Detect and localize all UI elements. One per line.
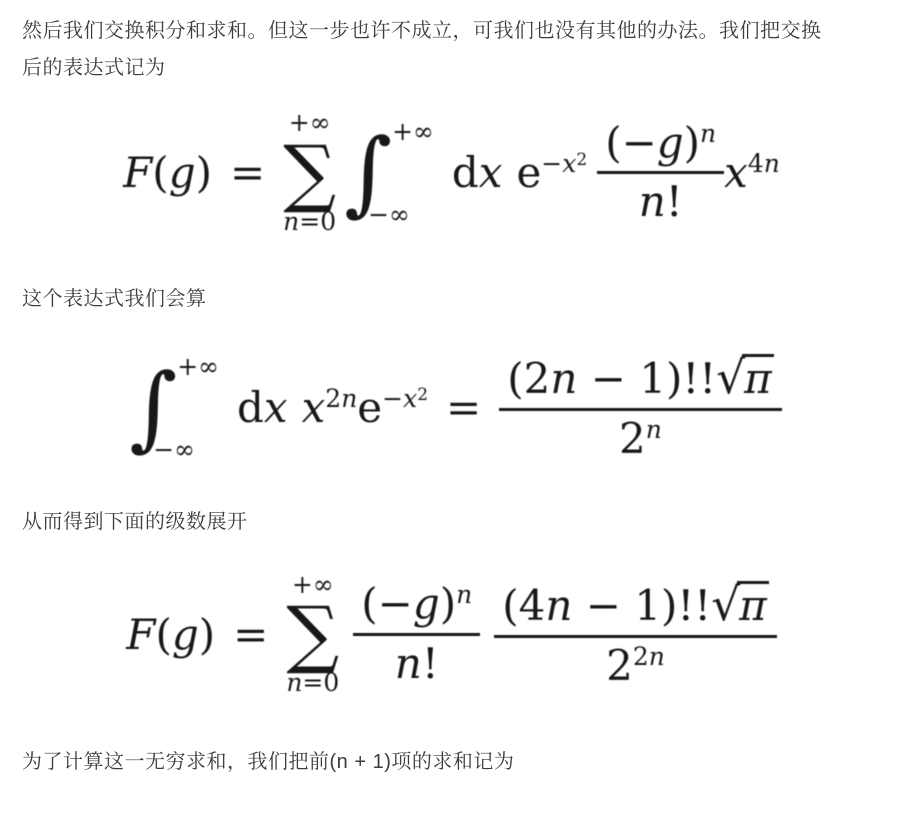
integral-lower-limit: −∞ — [153, 435, 219, 464]
math-token: (− — [361, 579, 413, 628]
math-token: 2 — [606, 641, 633, 690]
math-token: n — [545, 581, 572, 630]
fraction: (2n − 1)!!√π 2n — [499, 352, 781, 463]
exponent: n — [456, 580, 472, 609]
math-token: x — [479, 148, 503, 197]
exponent: 2n — [633, 642, 665, 671]
math-token: g — [413, 579, 440, 628]
fraction-numerator: (−g)n — [353, 580, 480, 632]
formula-interchanged-sum: F(g) = +∞ ∑ n=0 ∫ +∞ −∞ dx e−x2 (−g)n n!… — [0, 109, 903, 237]
integrand: x2ne−x2 — [302, 383, 428, 432]
integral-operator: ∫ +∞ −∞ — [129, 352, 219, 464]
fraction-denominator: 22n — [494, 635, 776, 690]
fraction-numerator: (−g)n — [597, 119, 724, 171]
math-token: (4 — [502, 581, 545, 630]
math-token: n — [649, 642, 665, 671]
differential: dx — [452, 148, 503, 197]
math-token: =0 — [299, 207, 336, 236]
fraction-denominator: n! — [353, 633, 480, 688]
fraction: (−g)n n! — [597, 119, 724, 227]
math-lhs: F(g) — [126, 610, 215, 659]
radical-sign: √ — [716, 352, 745, 404]
radicand: π — [737, 581, 769, 628]
paragraph-intro-line1: 然后我们交换积分和求和。但这一步也许不成立，可我们也没有其他的办法。我们把交换 — [22, 13, 881, 50]
math-token: ) — [199, 610, 215, 659]
math-token: d — [452, 148, 479, 197]
math-token: − — [541, 149, 562, 178]
math-token: x — [562, 149, 576, 178]
equals-sign: = — [446, 383, 481, 432]
math-token: π — [744, 354, 772, 403]
math-token: (− — [605, 118, 657, 167]
fraction: (−g)n n! — [353, 580, 480, 688]
exponent: 2n — [325, 384, 357, 413]
math-token: F — [126, 610, 155, 659]
math-token: 2 — [417, 385, 428, 405]
math-token: n — [550, 354, 577, 403]
math-token: 2 — [576, 150, 587, 170]
exponent: n — [700, 119, 716, 148]
fraction-denominator: n! — [597, 171, 724, 226]
math-token: x — [302, 383, 326, 432]
math-token: g — [169, 148, 196, 197]
exponent: −x2 — [541, 149, 587, 178]
power-term: x4n — [724, 148, 780, 197]
math-token: =0 — [302, 668, 339, 697]
math-token: ( — [155, 610, 171, 659]
math-token: π — [739, 581, 767, 630]
fraction-denominator: 2n — [499, 408, 781, 463]
math-token: n — [286, 668, 302, 697]
math-token: g — [657, 118, 684, 167]
integral-limits: +∞ −∞ — [392, 117, 434, 229]
math-token: ! — [422, 639, 439, 688]
sum-operator: +∞ ∑ n=0 — [286, 571, 339, 699]
math-lhs: F(g) — [123, 148, 212, 197]
formula-gaussian-integral: ∫ +∞ −∞ dx x2ne−x2 = (2n − 1)!!√π 2n — [0, 352, 903, 464]
equals-sign: = — [230, 148, 265, 197]
math-token: x — [724, 148, 748, 197]
fraction-numerator: (4n − 1)!!√π — [494, 579, 776, 635]
math-token: F — [123, 148, 152, 197]
integral-upper-limit: +∞ — [177, 352, 219, 381]
math-token: ( — [152, 148, 168, 197]
gaussian-factor: e−x2 — [516, 148, 587, 197]
math-token: x — [403, 384, 417, 413]
math-token: n — [395, 639, 422, 688]
math-token: g — [172, 610, 199, 659]
sum-symbol: ∑ — [283, 138, 336, 208]
integral-limits: +∞ −∞ — [177, 352, 219, 464]
paragraph-partial-sum: 为了计算这一无穷求和，我们把前(n + 1)项的求和记为 — [0, 744, 903, 781]
sqrt-radical: √π — [716, 352, 774, 404]
exponent: −x2 — [382, 384, 428, 413]
math-token: 2 — [325, 384, 341, 413]
math-token: ) — [684, 118, 700, 167]
math-token: n — [283, 207, 299, 236]
integral-operator: ∫ +∞ −∞ — [344, 117, 434, 229]
math-token: ! — [666, 177, 683, 226]
math-token: e — [357, 383, 382, 432]
sum-lower-limit: n=0 — [286, 669, 339, 698]
sum-lower-limit: n=0 — [283, 208, 336, 237]
math-token: − 1)!! — [577, 354, 716, 403]
exponent: 4n — [748, 149, 780, 178]
equals-sign: = — [233, 610, 268, 659]
integral-upper-limit: +∞ — [392, 117, 434, 146]
sqrt-radical: √π — [711, 579, 769, 631]
math-token: ) — [440, 579, 456, 628]
radical-sign: √ — [711, 579, 740, 631]
integral-lower-limit: −∞ — [368, 200, 434, 229]
math-token: n — [764, 149, 780, 178]
fraction-numerator: (2n − 1)!!√π — [499, 352, 781, 408]
math-token: − — [382, 384, 403, 413]
differential: dx — [237, 383, 288, 432]
math-token: x — [264, 383, 288, 432]
math-token: − 1)!! — [572, 581, 711, 630]
fraction: (4n − 1)!!√π 22n — [494, 579, 776, 690]
paragraph-series: 从而得到下面的级数展开 — [0, 504, 903, 541]
sum-symbol: ∑ — [286, 599, 339, 669]
math-token: 4 — [748, 149, 764, 178]
sum-operator: +∞ ∑ n=0 — [283, 109, 336, 237]
math-token: e — [516, 148, 541, 197]
formula-series-expansion: F(g) = +∞ ∑ n=0 (−g)n n! (4n − 1)!!√π 22… — [0, 571, 903, 699]
math-token: d — [237, 383, 264, 432]
paragraph-intro: 然后我们交换积分和求和。但这一步也许不成立，可我们也没有其他的办法。我们把交换 … — [0, 0, 903, 87]
math-token: 2 — [619, 414, 646, 463]
paragraph-intro-line2: 后的表达式记为 — [22, 50, 881, 87]
exponent: n — [646, 415, 662, 444]
math-token: (2 — [507, 354, 550, 403]
paragraph-compute: 这个表达式我们会算 — [0, 281, 903, 318]
math-token: n — [341, 384, 357, 413]
math-token: n — [639, 177, 666, 226]
radicand: π — [742, 354, 774, 401]
math-token: 2 — [633, 642, 649, 671]
math-token: ) — [196, 148, 212, 197]
